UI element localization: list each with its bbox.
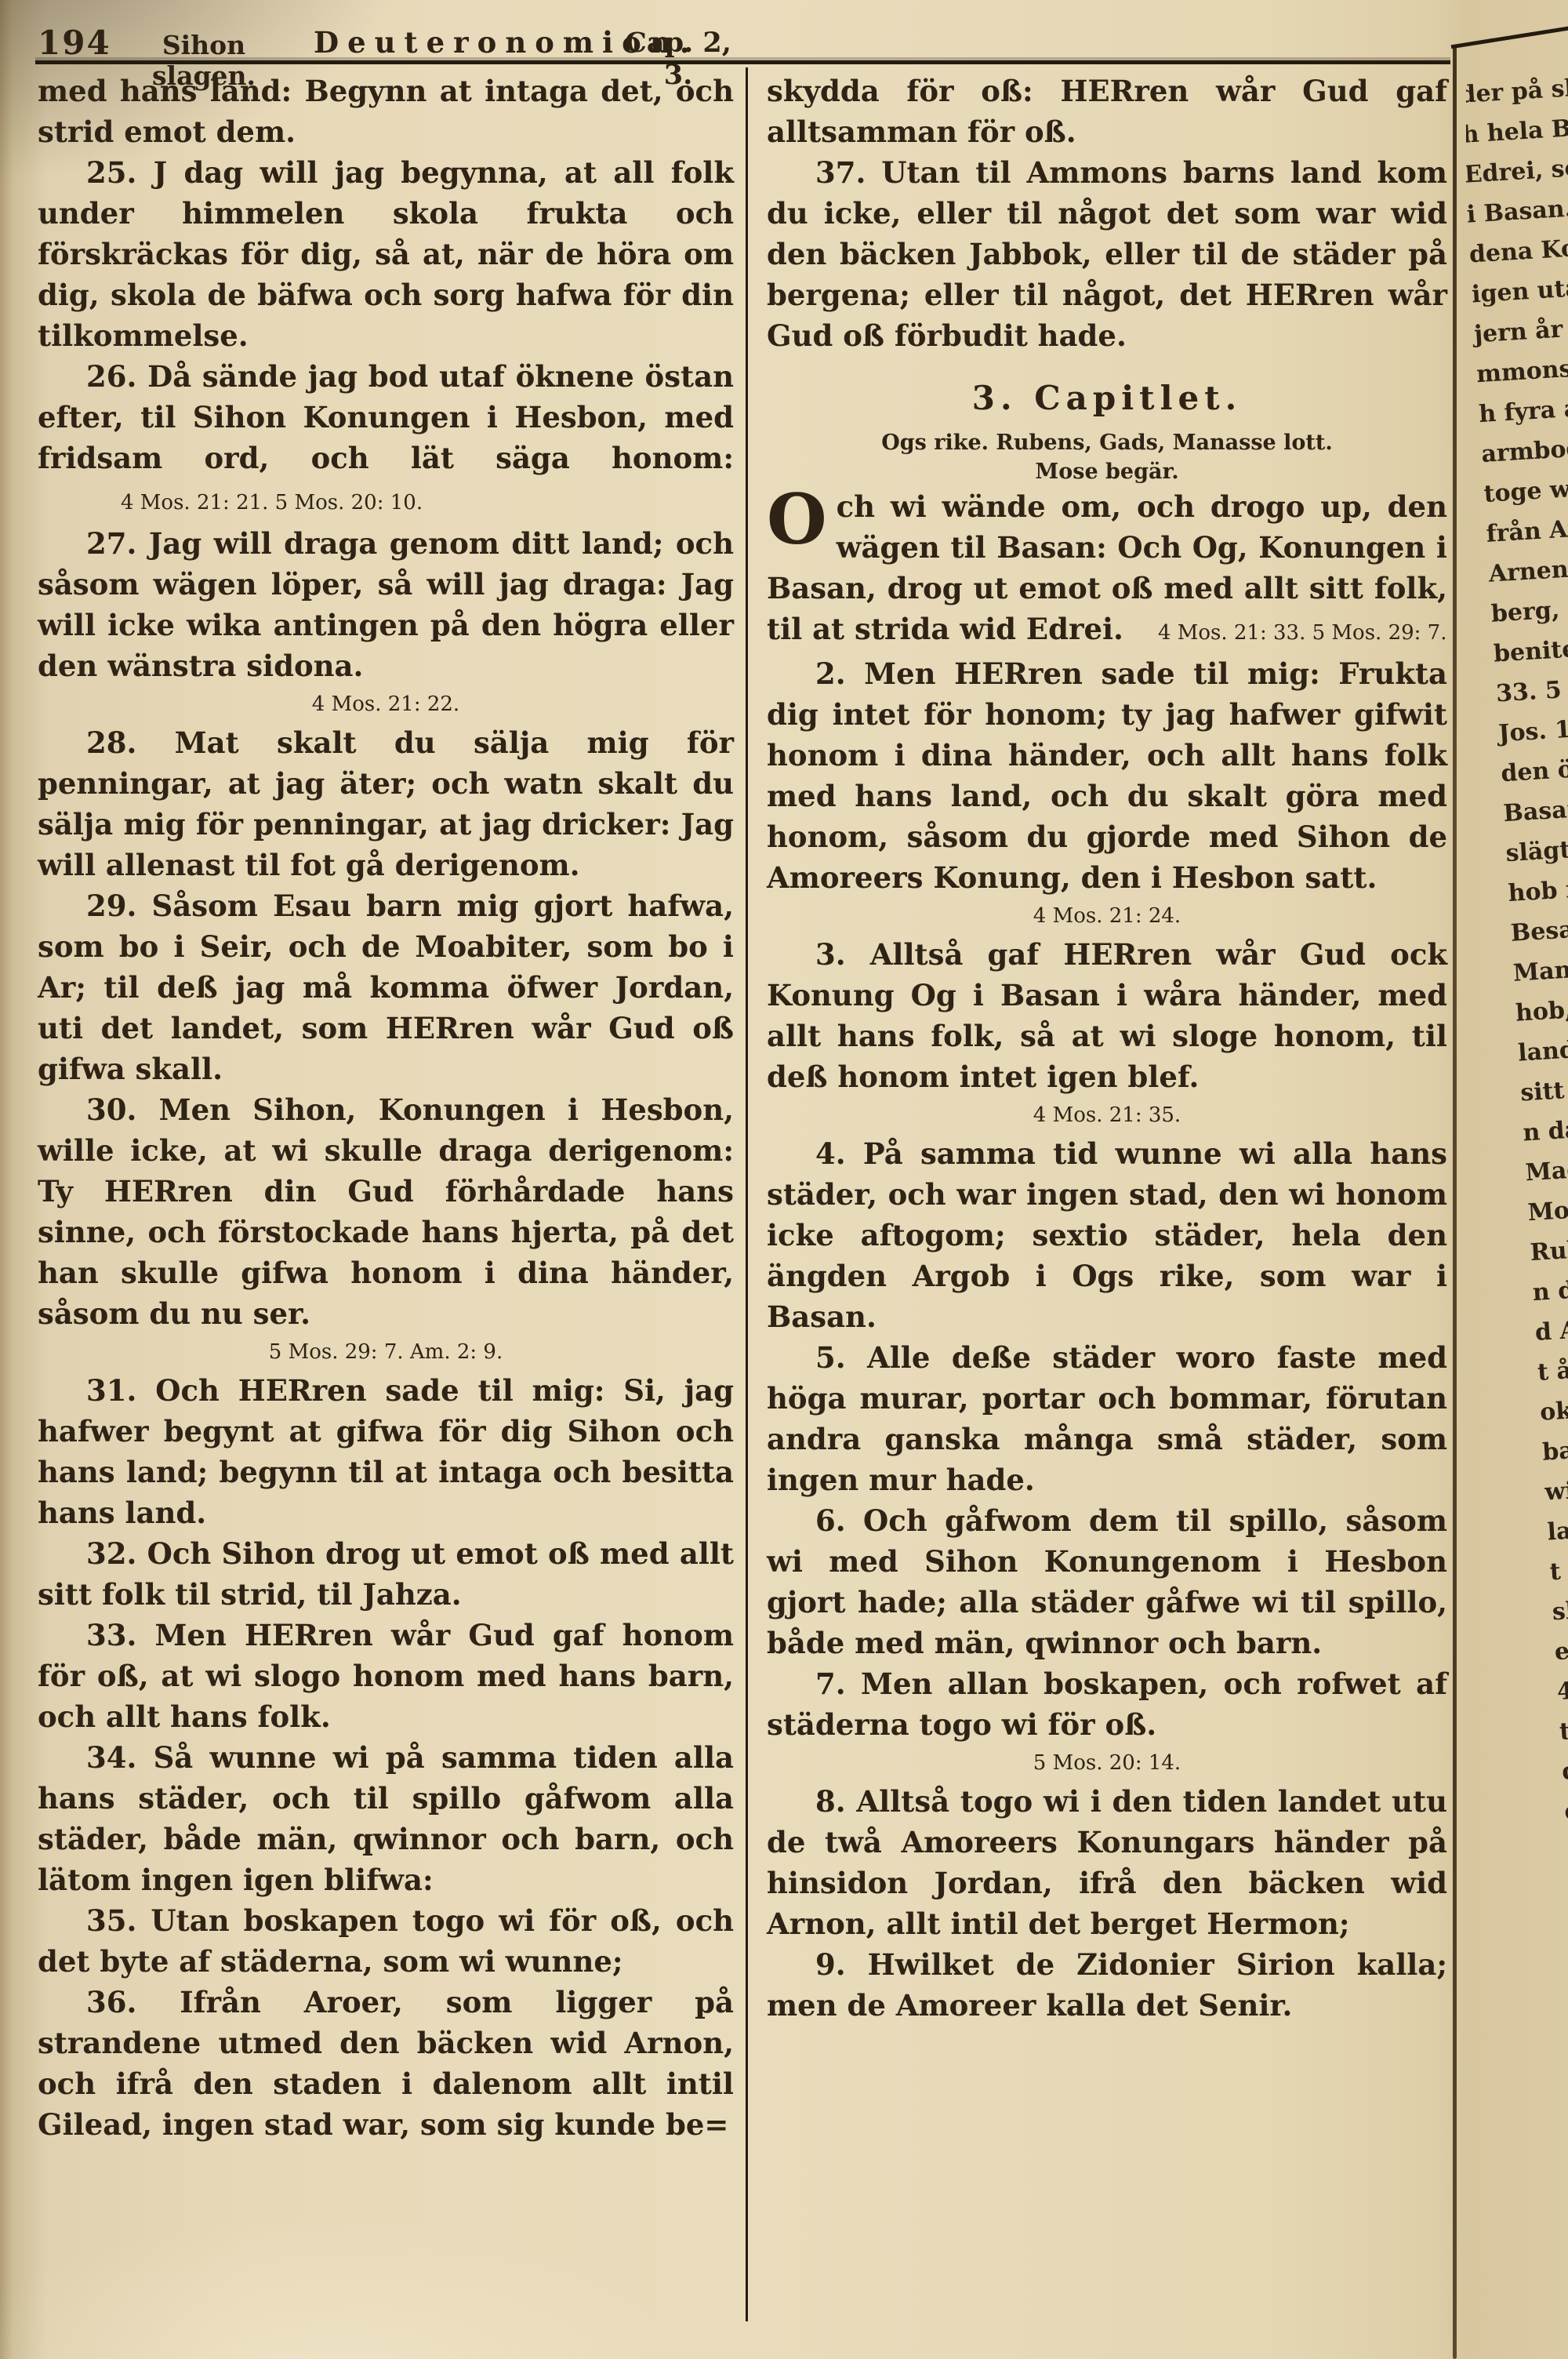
chapter-heading: 3. Capitlet. (767, 373, 1447, 423)
verse-paragraph: 29. Såsom Esau barn mig gjort hafwa, som… (38, 885, 734, 1089)
crossref-line: 4 Mos. 21: 35. (767, 1097, 1447, 1133)
crossref-line: 4 Mos. 21: 22. (38, 686, 734, 722)
drop-cap: O (767, 491, 827, 547)
column-divider (746, 67, 748, 2321)
verse-paragraph: 33. Men HERren wår Gud gaf honom för oß,… (38, 1615, 734, 1737)
verse-paragraph: 3. Alltså gaf HERren wår Gud ock Konung … (767, 934, 1447, 1097)
verse-paragraph: 32. Och Sihon drog ut emot oß med allt s… (38, 1533, 734, 1615)
verse-paragraph: 36. Ifrån Aroer, som ligger på strandene… (38, 1982, 734, 2145)
verse-paragraph: 6. Och gåfwom dem til spillo, såsom wi m… (767, 1500, 1447, 1663)
chapter-summary: Mose begär. (767, 457, 1447, 486)
right-text-column: skydda för oß: HERren wår Gud gaf alltsa… (767, 71, 1447, 2026)
verse-paragraph: 8. Alltså togo wi i den tiden landet utu… (767, 1781, 1447, 1944)
continuation-paragraph: skydda för oß: HERren wår Gud gaf alltsa… (767, 71, 1447, 152)
adjacent-page-edge (1453, 47, 1457, 2359)
verse-paragraph: 7. Men allan boskapen, och rofwet af stä… (767, 1663, 1447, 1745)
verse-paragraph: 30. Men Sihon, Konungen i Hesbon, wille … (38, 1089, 734, 1334)
crossref-line: 5 Mos. 29: 7. Am. 2: 9. (38, 1334, 734, 1370)
crossref-inline: 4 Mos. 21: 21. 5 Mos. 20: 10. (72, 482, 423, 523)
verse-paragraph: 25. J dag will jag begynna, at all folk … (38, 152, 734, 356)
verse-paragraph: 2. Men HERren sade til mig: Frukta dig i… (767, 653, 1447, 898)
adjacent-page-header-rule (1451, 24, 1568, 49)
adjacent-page-strip: der på släth hela BasanEdrei, som äi Bas… (1466, 75, 1568, 2350)
crossref-inline: 4 Mos. 21: 33. 5 Mos. 29: 7. (1158, 612, 1447, 653)
verse-paragraph: 37. Utan til Ammons barns land kom du ic… (767, 152, 1447, 356)
header-rule (35, 60, 1450, 64)
verse-paragraph: 9. Hwilket de Zidonier Sirion kalla; men… (767, 1944, 1447, 2026)
crossref-line: 5 Mos. 20: 14. (767, 1745, 1447, 1781)
verse-paragraph: 28. Mat skalt du sälja mig för penningar… (38, 722, 734, 885)
verse-paragraph: 35. Utan boskapen togo wi för oß, och de… (38, 1900, 734, 1982)
book-title: Deuteronomion. (314, 25, 643, 60)
dropcap-paragraph: Och wi wände om, och drogo up, den wägen… (767, 486, 1447, 653)
verse-paragraph: 5. Alle deße städer woro faste med höga … (767, 1337, 1447, 1500)
verse-paragraph: 26. Då sände jag bod utaf öknene östan e… (38, 356, 734, 523)
crossref-line: 4 Mos. 21: 24. (767, 898, 1447, 934)
verse-paragraph: 34. Så wunne wi på samma tiden alla hans… (38, 1737, 734, 1900)
verse-paragraph: 31. Och HERren sade til mig: Si, jag haf… (38, 1370, 734, 1533)
left-text-column: med hans land: Begynn at intaga det, och… (38, 71, 734, 2145)
continuation-paragraph: med hans land: Begynn at intaga det, och… (38, 71, 734, 152)
verse-paragraph: 4. På samma tid wunne wi alla hans städe… (767, 1133, 1447, 1337)
page-number: 194 (38, 24, 111, 62)
adjacent-page-text: der på släth hela BasanEdrei, som äi Bas… (1466, 75, 1568, 2191)
chapter-summary: Ogs rike. Rubens, Gads, Manasse lott. (767, 428, 1447, 457)
book-page-scan: 194 Sihon slagen. Deuteronomion. Cap. 2,… (0, 0, 1568, 2359)
verse-paragraph: 27. Jag will draga genom ditt land; och … (38, 523, 734, 686)
